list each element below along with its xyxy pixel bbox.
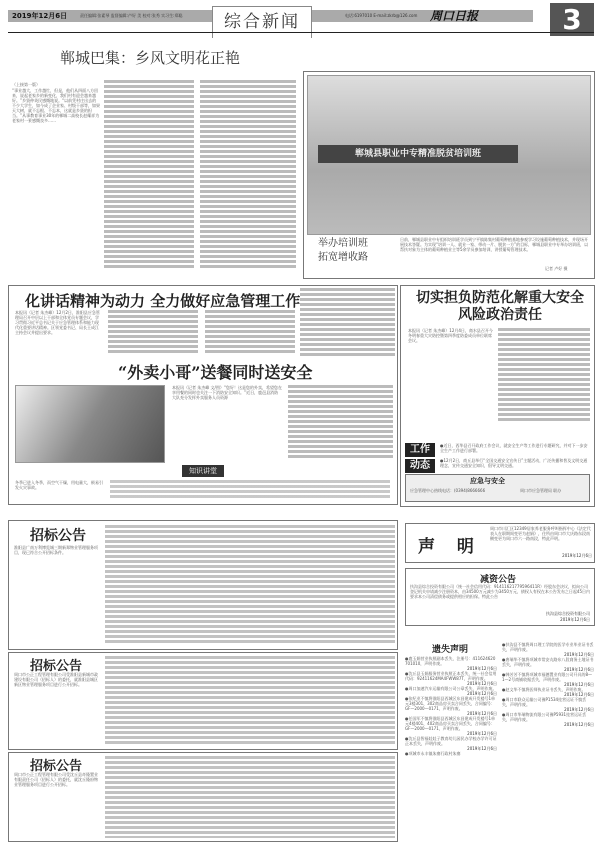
article-2-title: 化讲话精神为动力 全力做好应急管理工作	[25, 290, 300, 311]
work-item-2: ●12月2日，商丘县举行“全国交通安全宣传日”主题活动，广泛传播和普及文明交通理…	[440, 458, 590, 470]
article-2-body-col2	[108, 310, 198, 355]
delivery-photo	[15, 385, 165, 463]
article-1-body-col2	[104, 80, 194, 268]
article-2-body-col3	[205, 310, 295, 355]
contact-line: 电话:6197010 E-mail:zkrb@126.com	[345, 10, 417, 22]
editors-line: 责任编辑:张素琴 监督编辑:卢好 美 校对:张秀 实习生:郑聪	[80, 10, 182, 22]
caption-title-2: 拓宽增收路	[318, 252, 368, 264]
section-title: 综合新闻	[212, 6, 312, 38]
emergency-footer-contact: 应急管理中心热线电话：(0394)8666666	[410, 488, 510, 493]
tender-1-cols	[105, 525, 395, 645]
statement-title: 声 明	[418, 532, 482, 557]
article-3-title: 切实担负防范化解重大安全风险政治责任	[410, 290, 590, 324]
work-label-1: 工作	[405, 443, 435, 457]
article-2-body-col1: 本报讯（记者 朱杰峰）12月2日，淮阳县应急管理局召开中层以上干部和全体党员专题…	[15, 310, 100, 360]
knowledge-label: 知识讲堂	[182, 465, 224, 477]
knowledge-body-cols	[110, 480, 390, 498]
tender-2-cols	[105, 656, 395, 746]
capital-reduction-body: 扶沟县综合投资有限公司（统一社会信用代码：91411621779596411R）…	[410, 584, 590, 609]
statement-body: 周口市川汇区12349居家养老服务呼叫指挥中心《法定代表人在职期间变更为赵娟》，…	[490, 526, 592, 551]
article-3-body-col1: 本报讯（记者 朱杰峰）12月4日，商水县召开今冬明春重大灾防控暨第四季度防委成员…	[408, 328, 493, 423]
article-4-title: “外卖小哥”送餐同时送安全	[118, 360, 312, 383]
photo-credit: 记者 卢好 摄	[545, 266, 568, 271]
emergency-footer-org: 周口市应急管理局 联办	[520, 488, 590, 493]
emergency-footer-title: 应急与安全	[470, 476, 505, 486]
article-4-body-col2	[288, 385, 393, 460]
caption-title-1: 举办培训班	[318, 238, 368, 250]
article-1-body-col3	[200, 80, 296, 268]
article-1-title: 郸城巴集：乡风文明花正艳	[60, 47, 240, 68]
article-1-body-col1: “事业越大，工作越忙，但是，他们从四面八方回来，说起老家乡的新变化，我们村有迎会…	[12, 88, 100, 268]
knowledge-body: 冬季已进入冬季，而空气干燥，用电量大，极易引发火灾事故。	[15, 480, 105, 498]
statement-date: 2019年12月6日	[490, 553, 592, 559]
photo-banner: 郸城县职业中专精准脱贫培训班	[318, 145, 518, 163]
article-1-lead: （上接第一版）	[12, 82, 102, 87]
article-3-body-col2	[498, 328, 590, 423]
lost-notices-title: 遗失声明	[432, 642, 468, 655]
tender-2-body: 周口市公正工程管理有限公司受淮阳县新城市政建设有限公司（招标人）的委托，就淮阳县…	[14, 672, 99, 747]
tender-1-title: 招标公告	[30, 525, 86, 545]
lost-notices-col2: ●扶沟县不慎将周口理工学院的医学专业毕业证书丢失，声明作废。2019年12月6日…	[502, 642, 594, 842]
issue-date: 2019年12月6日	[12, 10, 67, 22]
article-2-body-col4	[300, 288, 395, 358]
work-item-1: ●近日，西华县召开政府工作会议，就安全生产等工作进行专题研究，并对下一步安全生产…	[440, 443, 590, 455]
article-4-body-col1: 本报讯（记者 朱杰峰 文/图）“您好！这是您的外卖，希望您在享用餐的同时也关注一…	[172, 385, 282, 463]
header-divider	[8, 32, 594, 33]
caption-body: 日前，郸城县职业中专组织培训班学员到宁平镇陈集村葡萄种植基地参观学习设施葡萄种植…	[400, 237, 590, 265]
work-label-2: 动态	[405, 459, 435, 473]
capital-reduction-date: 2019年12月6日	[480, 617, 590, 623]
tender-3-body: 周口市公正工程管理有限公司受沈丘县奇隆置业有限责任公司（招标人）的委托，就沈丘隆…	[14, 772, 99, 838]
lost-notices-col1: ●鹿玉娟营业执照副本丢失，注册号：411624620701010，声明作废。20…	[405, 656, 497, 842]
tender-1-body: 淮阳县广南万利博览城三期新郑物业管理服务项目，现已符合公开招标条件。	[14, 545, 99, 645]
tender-3-cols	[105, 756, 395, 838]
newspaper-logo: 周口日报	[430, 7, 478, 24]
